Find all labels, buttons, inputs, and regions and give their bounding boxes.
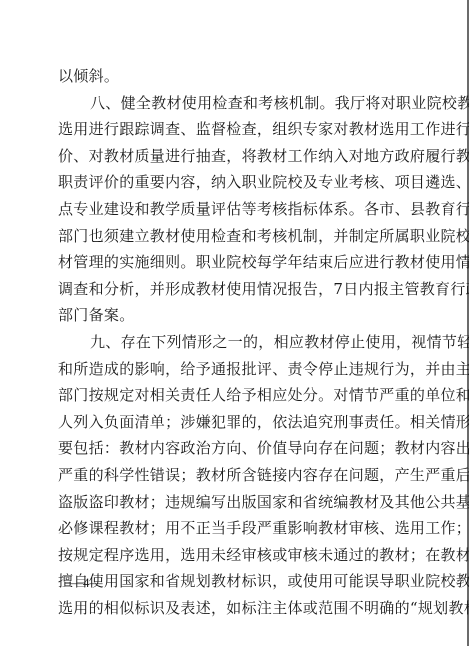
text-line: 人列入负面清单；涉嫌犯罪的，依法追究刑事责任。相关情形主 — [58, 409, 408, 436]
text-line: 严重的科学性错误；教材所含链接内容存在问题，产生严重后果； — [58, 462, 408, 489]
text-line: 选用进行跟踪调查、监督检查，组织专家对教材选用工作进行评 — [58, 116, 408, 143]
text-line: 按规定程序选用，选用未经审核或审核未通过的教材；在教材中 — [58, 542, 408, 569]
text-line: 职责评价的重要内容，纳入职业院校及专业考核、项目遴选、重 — [58, 169, 408, 196]
text-line: 部门按规定对相关责任人给予相应处分。对情节严重的单位和个 — [58, 382, 408, 409]
text-line: 材管理的实施细则。职业院校每学年结束后应进行教材使用情况 — [58, 249, 408, 276]
text-line: 必修课程教材；用不正当手段严重影响教材审核、选用工作；未 — [58, 515, 408, 542]
text-line: 九、存在下列情形之一的，相应教材停止使用，视情节轻重 — [58, 329, 408, 356]
body-text: 以倾斜。 八、健全教材使用检查和考核机制。我厅将对职业院校教材 选用进行跟踪调查… — [58, 63, 408, 621]
text-line: 要包括：教材内容政治方向、价值导向存在问题；教材内容出现 — [58, 435, 408, 462]
text-line: 选用的相似标识及表述，如标注主体或范围不明确的“规划教材” — [58, 595, 408, 622]
text-line: 八、健全教材使用检查和考核机制。我厅将对职业院校教材 — [58, 90, 408, 117]
text-line: 部门备案。 — [58, 302, 408, 329]
text-line: 以倾斜。 — [58, 63, 408, 90]
text-line: 调查和分析，并形成教材使用情况报告，7日内报主管教育行政 — [58, 276, 408, 303]
text-line: 点专业建设和教学质量评估等考核指标体系。各市、县教育行政 — [58, 196, 408, 223]
text-line: 和所造成的影响，给予通报批评、责令停止违规行为，并由主管 — [58, 356, 408, 383]
text-line: 擅自使用国家和省规划教材标识，或使用可能误导职业院校教材 — [58, 568, 408, 595]
text-line: 价、对教材质量进行抽查，将教材工作纳入对地方政府履行教育 — [58, 143, 408, 170]
document-page: 以倾斜。 八、健全教材使用检查和考核机制。我厅将对职业院校教材 选用进行跟踪调查… — [0, 0, 469, 646]
page-number: —4— — [70, 574, 103, 592]
text-line: 部门也须建立教材使用检查和考核机制，并制定所属职业院校教 — [58, 223, 408, 250]
text-line: 盗版盗印教材；违规编写出版国家和省统编教材及其他公共基础 — [58, 489, 408, 516]
